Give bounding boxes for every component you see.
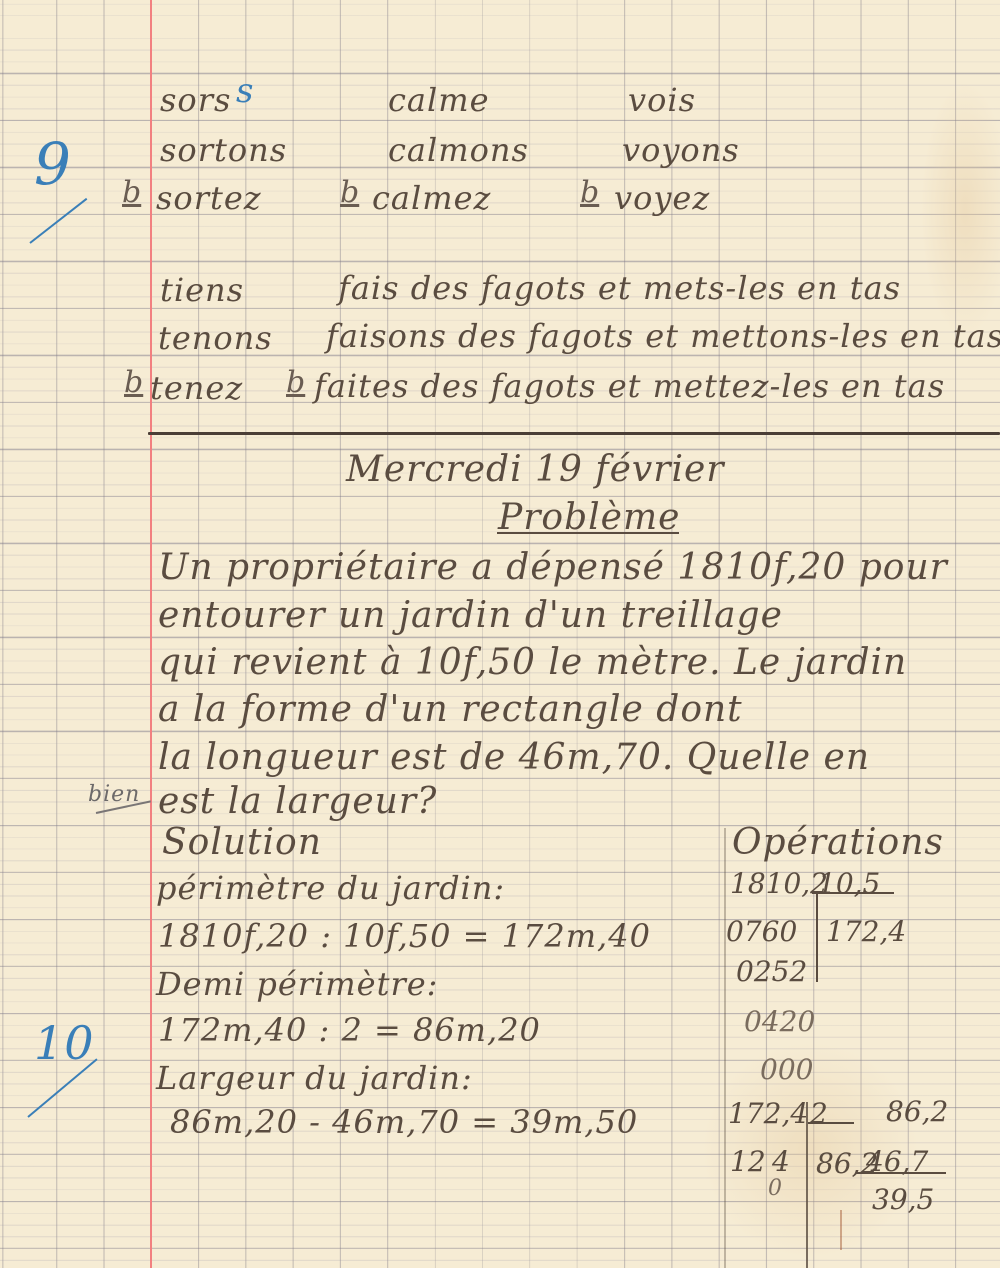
conj1-col1-line2: sortons	[160, 134, 287, 166]
conj1-col3-line3: voyez	[614, 182, 710, 214]
conj2-verb-2: tenons	[158, 322, 273, 354]
section-divider	[148, 432, 1000, 435]
solution-step-2-label: Demi périmètre:	[156, 968, 438, 1000]
conj1-col1-line1: sors	[160, 84, 231, 116]
bien-mark: b	[286, 368, 305, 398]
grade-mark: 9	[34, 135, 72, 193]
problem-line-1: Un propriétaire a dépensé 1810f,20 pour	[158, 550, 948, 586]
div2-divisor-underline	[808, 1122, 854, 1124]
div2-remainder-3: 0	[768, 1178, 782, 1200]
div1-divisor-underline	[812, 892, 894, 894]
conj1-col2-line3: calmez	[372, 182, 491, 214]
problem-line-4: a la forme d'un rectangle dont	[158, 692, 743, 728]
grade-mark: 10	[34, 1020, 95, 1066]
date-heading: Mercredi 19 février	[346, 452, 725, 488]
problem-line-5: la longueur est de 46m,70. Quelle en	[158, 740, 870, 776]
solution-step-1-label: périmètre du jardin:	[156, 872, 505, 904]
margin-line	[150, 0, 152, 1268]
remark-bien: bien	[88, 784, 140, 806]
div1-remainder-1: 0760	[726, 918, 797, 946]
conj2-sentence-3: faites des fagots et mettez-les en tas	[314, 370, 945, 402]
div1-remainder-3: 0420	[744, 1008, 815, 1036]
conj1-col3-line1: vois	[628, 84, 696, 116]
div2-remainder-2: 4	[772, 1148, 790, 1176]
conj2-verb-3: tenez	[150, 372, 243, 404]
conj1-col1-line3: sortez	[156, 182, 262, 214]
problem-line-2: entourer un jardin d'un treillage	[158, 598, 783, 634]
solution-step-1-calc: 1810f,20 : 10f,50 = 172m,40	[158, 920, 651, 952]
div1-remainder-4: 000	[760, 1056, 813, 1084]
conj1-col2-line1: calme	[388, 84, 490, 116]
div1-bracket	[816, 892, 818, 982]
title-underline	[497, 532, 679, 534]
conj1-col3-line2: voyons	[622, 134, 740, 166]
bien-mark: b	[340, 178, 359, 208]
bien-mark: b	[122, 178, 141, 208]
solution-step-3-label: Largeur du jardin:	[156, 1062, 473, 1094]
solution-step-3-calc: 86m,20 - 46m,70 = 39m,50	[170, 1106, 638, 1138]
conj2-sentence-1: fais des fagots et mets-les en tas	[338, 272, 901, 304]
operations-heading: Opérations	[732, 825, 944, 861]
div2-dividend: 172,4	[728, 1100, 808, 1128]
operations-column-line	[724, 828, 726, 1268]
section-title: Problème	[498, 500, 680, 536]
div2-quotient: 86,2	[886, 1098, 948, 1126]
conj2-verb-1: tiens	[160, 274, 244, 306]
solution-step-2-calc: 172m,40 : 2 = 86m,20	[158, 1014, 541, 1046]
problem-line-3: qui revient à 10f,50 le mètre. Le jardin	[158, 645, 907, 681]
problem-line-6: est la largeur?	[158, 784, 437, 820]
conj2-sentence-2: faisons des fagots et mettons-les en tas	[326, 320, 1000, 352]
sub-result: 39,5	[872, 1186, 934, 1214]
div1-remainder-2: 0252	[736, 958, 807, 986]
solution-heading: Solution	[162, 825, 322, 861]
bien-mark: b	[580, 178, 599, 208]
paper-stain	[920, 80, 1000, 340]
sub-underline	[856, 1172, 946, 1174]
bien-mark: b	[124, 368, 143, 398]
conj1-col2-line2: calmons	[388, 134, 529, 166]
div1-quotient: 172,4	[826, 918, 906, 946]
div2-bracket	[806, 1102, 808, 1268]
div2-remainder-1: 12	[730, 1148, 766, 1176]
correction-mark: s	[236, 74, 254, 108]
sub-mark	[840, 1210, 842, 1250]
